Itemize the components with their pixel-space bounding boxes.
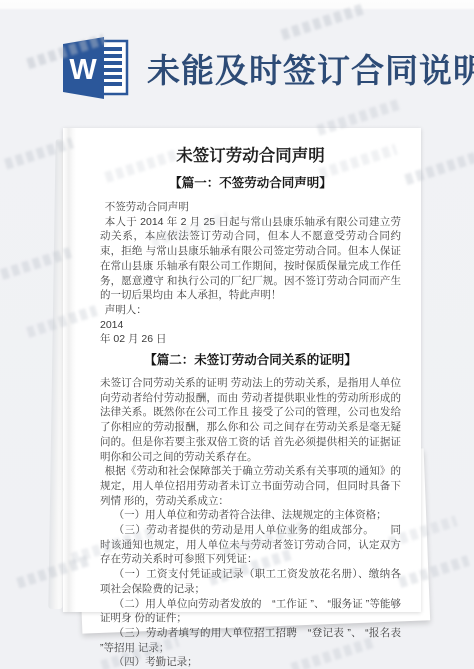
paragraph: 不签劳动合同声明 (100, 200, 401, 215)
paragraph: 根据《劳动和社会保障部关于确立劳动关系有关事项的通知》的规定，用人单位招用劳动者… (100, 464, 401, 508)
document-page: 未签订劳动合同声明 【篇一：不签劳动合同声明】 不签劳动合同声明 本人于 201… (63, 128, 421, 612)
list-item: （一）用人单位和劳动者符合法律、法规规定的主体资格； (100, 508, 401, 523)
page-title: 未能及时签订合同说明 (147, 45, 474, 92)
template-preview-page: W 未能及时签订合同说明 未签订劳动合同声明 【篇一：不签劳动合同声明】 不签劳… (0, 0, 474, 669)
paragraph-signer: 声明人： (100, 303, 401, 318)
paragraph: 未签订合同劳动关系的证明 劳动法上的劳动关系，是指用人单位向劳动者给付劳动报酬，… (100, 376, 401, 464)
document-content: 未签订劳动合同声明 【篇一：不签劳动合同声明】 不签劳动合同声明 本人于 201… (100, 146, 401, 669)
word-icon-letter: W (69, 54, 97, 86)
list-item: （四）考勤记录； (100, 655, 401, 669)
list-item: （二）用人单位向劳动者发放的 “工作证 ”、 “服务证 ”等能够证明身 份的证件… (100, 597, 401, 626)
section1-heading: 【篇一：不签劳动合同声明】 (100, 175, 401, 191)
word-icon: W (58, 35, 132, 101)
list-item: （三）劳动者填写的用人单位招工招聘 “登记表 ”、 “报名表 ”等招用 记录； (100, 626, 401, 655)
paragraph-date-monthday: 年 02 月 26 日 (100, 332, 401, 347)
paragraph: 本人于 2014 年 2 月 25 日起与常山县康乐轴承有限公司建立劳动关系，本… (100, 215, 401, 303)
section2-heading: 【篇二：未签订劳动合同关系的证明】 (100, 352, 401, 368)
list-item: （一）工资支付凭证或记录（职工工资发放花名册）、缴纳各项社会保险费的记录； (100, 567, 401, 596)
paragraph-date-year: 2014 (100, 318, 401, 333)
header: W 未能及时签订合同说明 (58, 34, 474, 102)
document-title: 未签订劳动合同声明 (100, 146, 401, 166)
list-item: （三）劳动者提供的劳动是用人单位业务的组成部分。 同时该通知也规定，用人单位未与… (100, 523, 401, 567)
